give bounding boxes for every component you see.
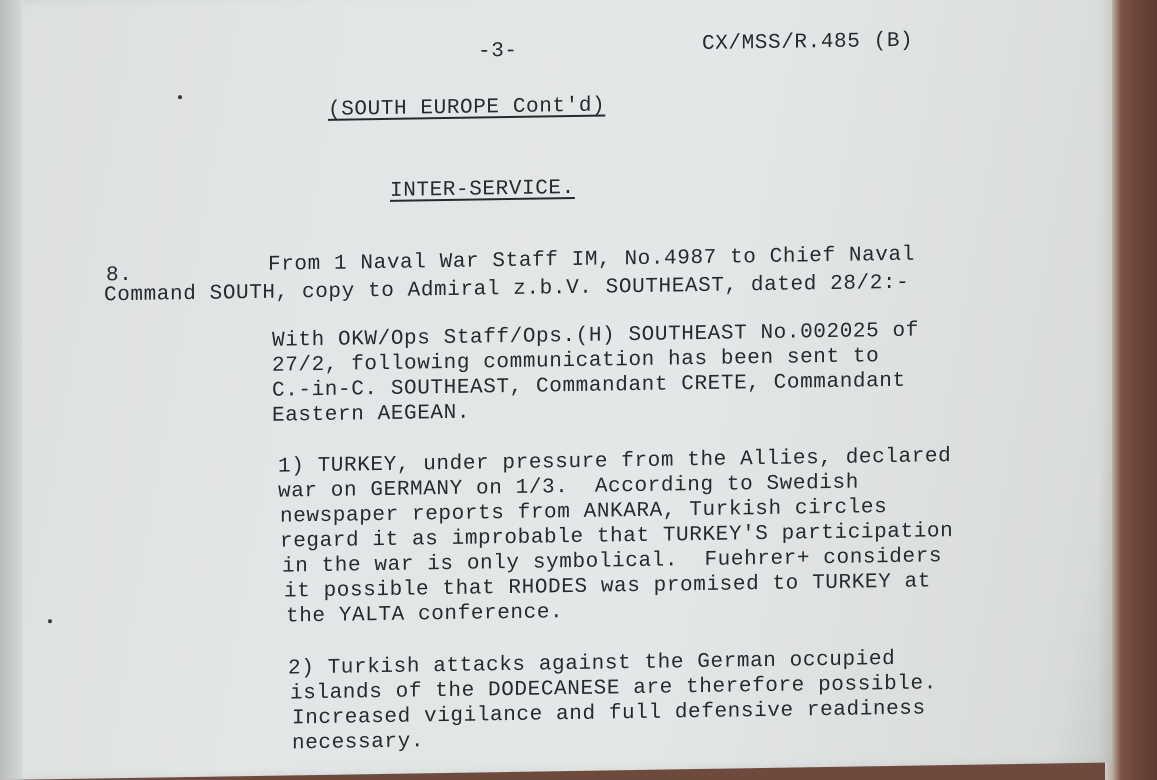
paper-mark: [178, 95, 182, 99]
item-header-line: From 1 Naval War Staff IM, No.4987 to Ch…: [268, 244, 915, 277]
page-left-edge: [0, 0, 22, 780]
page-number: -3-: [478, 40, 518, 64]
item-header-line: Command SOUTH, copy to Admiral z.b.V. SO…: [104, 272, 909, 308]
intro-line: Eastern AEGEAN.: [272, 402, 470, 428]
document-reference: CX/MSS/R.485 (B): [702, 30, 913, 56]
paragraph-1-line: the YALTA conference.: [286, 601, 563, 628]
document-page: -3- CX/MSS/R.485 (B) (SOUTH EUROPE Cont'…: [0, 0, 1112, 780]
paper-mark: [48, 619, 52, 623]
book-binding-edge: [1105, 0, 1157, 780]
subheading: INTER-SERVICE.: [390, 177, 575, 203]
section-heading: (SOUTH EUROPE Cont'd): [328, 94, 605, 121]
paragraph-2-line: necessary.: [292, 730, 424, 755]
